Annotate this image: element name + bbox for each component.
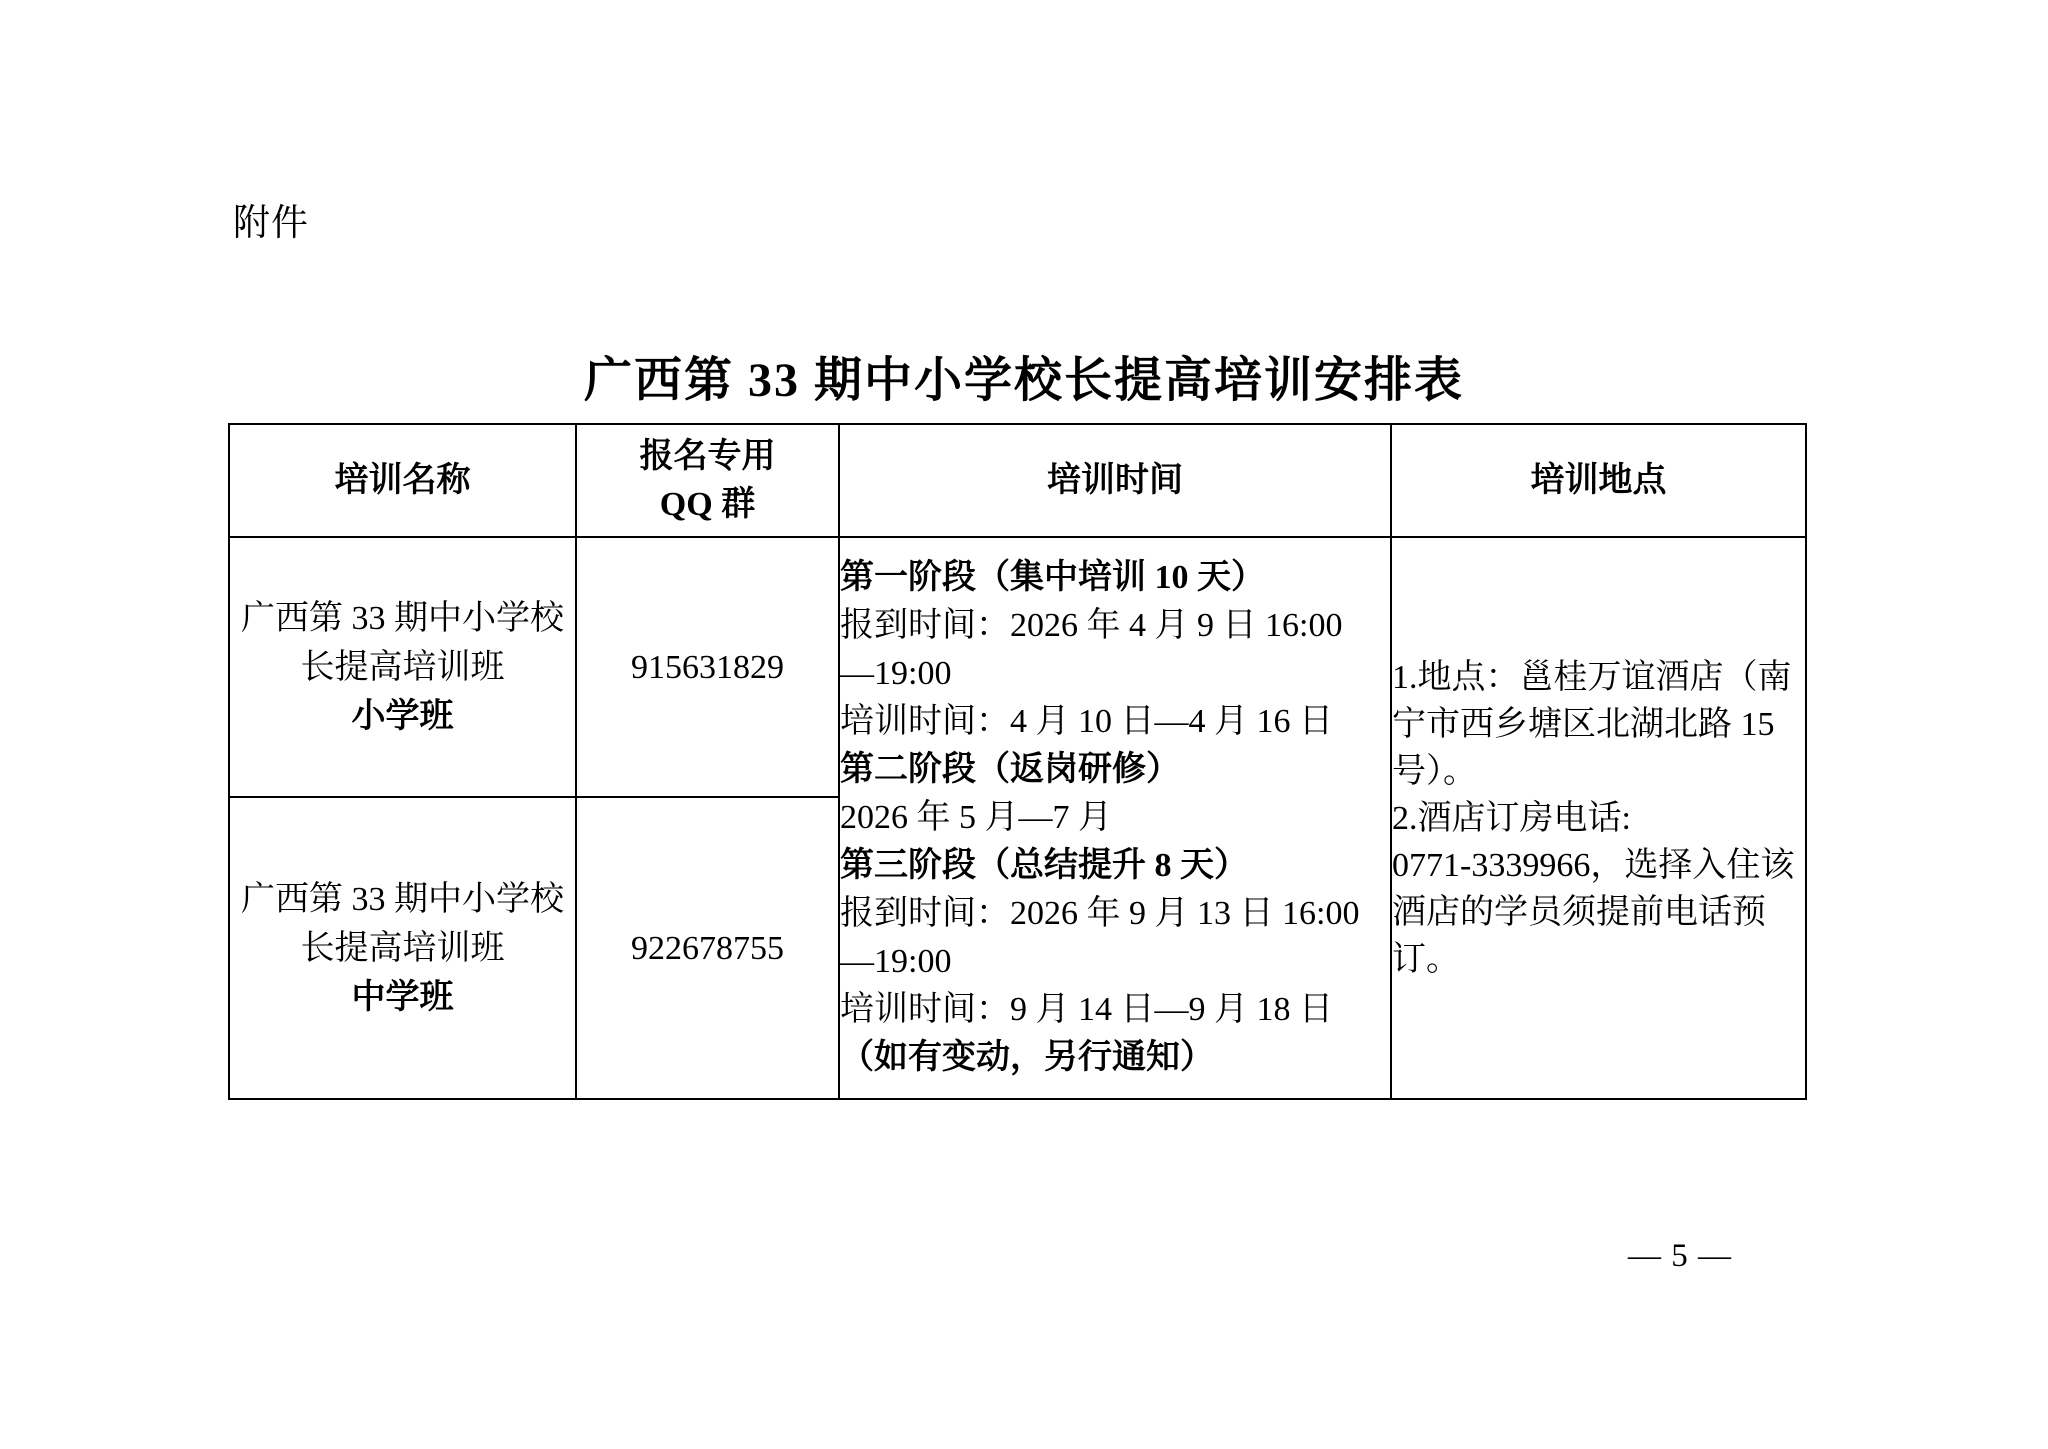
time-line: （如有变动，另行通知） — [840, 1034, 1390, 1082]
cell-training-location: 1.地点：邕桂万谊酒店（南 宁市西乡塘区北湖北路 15 号）。 2.酒店订房电话… — [1391, 537, 1806, 1099]
time-line: 培训时间：4 月 10 日—4 月 16 日 — [840, 698, 1390, 746]
name-line-class-type: 中学班 — [230, 973, 575, 1022]
attachment-label: 附件 — [233, 203, 309, 243]
table-row-primary-class: 广西第 33 期中小学校 长提高培训班 小学班 915631829 第一阶段（集… — [229, 537, 1806, 797]
cell-name-primary: 广西第 33 期中小学校 长提高培训班 小学班 — [229, 537, 576, 797]
table-header-row: 培训名称 报名专用 QQ 群 培训时间 培训地点 — [229, 424, 1806, 537]
time-line: 2026 年 5 月—7 月 — [840, 794, 1390, 842]
header-qq-group: 报名专用 QQ 群 — [576, 424, 839, 537]
training-schedule-table: 培训名称 报名专用 QQ 群 培训时间 培训地点 广西第 33 期中小学校 长提… — [228, 423, 1807, 1100]
header-qq-line1: 报名专用 — [577, 433, 838, 481]
page-number: — 5 — — [1628, 1237, 1732, 1275]
header-training-time: 培训时间 — [839, 424, 1391, 537]
location-line: 0771-3339966，选择入住该 — [1392, 842, 1805, 889]
time-line: 第一阶段（集中培训 10 天） — [840, 554, 1390, 602]
header-training-name: 培训名称 — [229, 424, 576, 537]
location-line: 号）。 — [1392, 748, 1805, 795]
name-line-class-type: 小学班 — [230, 692, 575, 741]
page-title: 广西第 33 期中小学校长提高培训安排表 — [0, 353, 2048, 409]
cell-qq-primary: 915631829 — [576, 537, 839, 797]
cell-qq-middle: 922678755 — [576, 797, 839, 1099]
qq-number: 915631829 — [577, 643, 838, 692]
time-line: 报到时间：2026 年 4 月 9 日 16:00 — [840, 602, 1390, 650]
cell-training-time: 第一阶段（集中培训 10 天） 报到时间：2026 年 4 月 9 日 16:0… — [839, 537, 1391, 1099]
header-training-location-label: 培训地点 — [1392, 457, 1805, 505]
time-line: 培训时间：9 月 14 日—9 月 18 日 — [840, 986, 1390, 1034]
name-line: 长提高培训班 — [230, 643, 575, 692]
location-line: 宁市西乡塘区北湖北路 15 — [1392, 701, 1805, 748]
location-line: 订。 — [1392, 936, 1805, 983]
time-line: 报到时间：2026 年 9 月 13 日 16:00 — [840, 890, 1390, 938]
location-line: 2.酒店订房电话: — [1392, 795, 1805, 842]
qq-number: 922678755 — [577, 924, 838, 973]
location-line: 酒店的学员须提前电话预 — [1392, 889, 1805, 936]
name-line: 广西第 33 期中小学校 — [230, 875, 575, 924]
time-line: —19:00 — [840, 938, 1390, 986]
name-line: 长提高培训班 — [230, 924, 575, 973]
header-training-time-label: 培训时间 — [840, 457, 1390, 505]
time-line: 第二阶段（返岗研修） — [840, 746, 1390, 794]
time-line: 第三阶段（总结提升 8 天） — [840, 842, 1390, 890]
name-line: 广西第 33 期中小学校 — [230, 594, 575, 643]
header-qq-line2: QQ 群 — [577, 481, 838, 529]
header-training-name-label: 培训名称 — [230, 457, 575, 505]
location-line: 1.地点：邕桂万谊酒店（南 — [1392, 654, 1805, 701]
cell-name-middle: 广西第 33 期中小学校 长提高培训班 中学班 — [229, 797, 576, 1099]
time-line: —19:00 — [840, 650, 1390, 698]
document-page: 附件 广西第 33 期中小学校长提高培训安排表 培训名称 报名专用 QQ 群 培… — [0, 0, 2048, 1449]
header-training-location: 培训地点 — [1391, 424, 1806, 537]
